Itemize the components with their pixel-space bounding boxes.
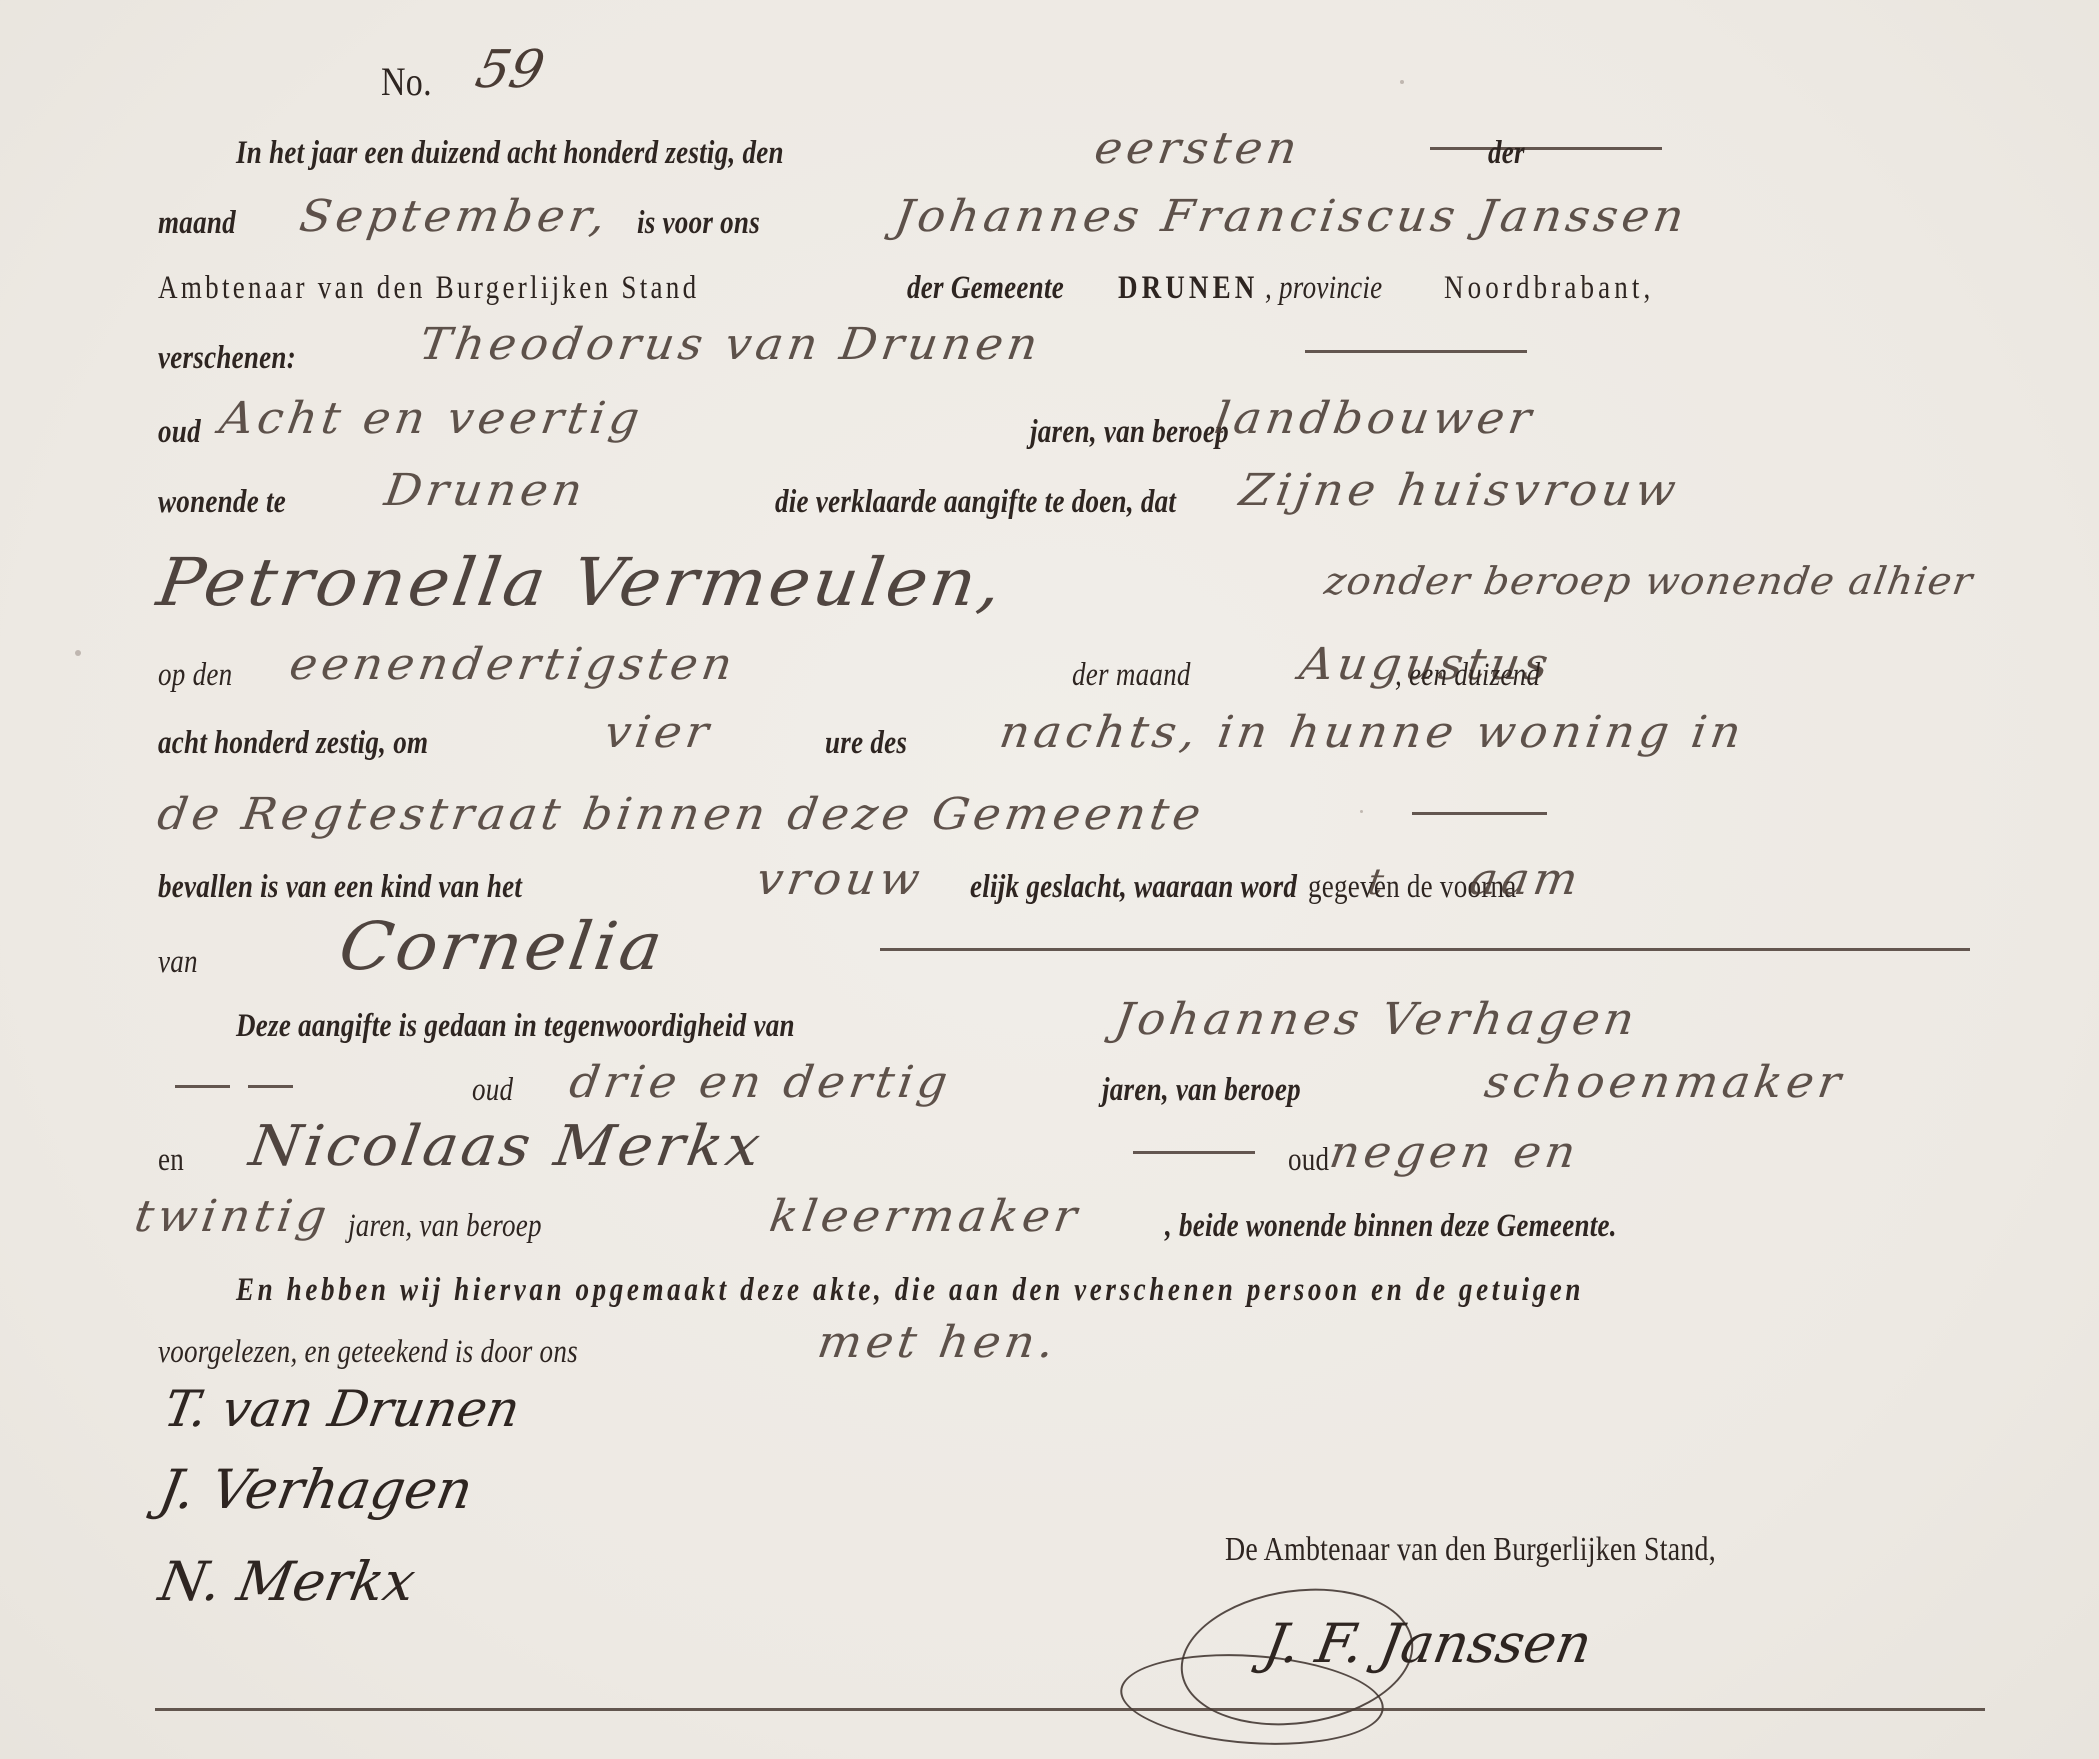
printed-text: en (158, 1140, 184, 1180)
handwritten-closing: met hen. (814, 1318, 1061, 1368)
handwritten-occupation-witness1: schoenmaker (1481, 1058, 1848, 1108)
fill-rule (880, 948, 1970, 951)
printed-text: voorgelezen, en geteekend is door ons (158, 1332, 578, 1372)
fill-rule (1133, 1151, 1255, 1154)
birth-record-page: No. 59 In het jaar een duizend acht hond… (0, 0, 2099, 1759)
printed-text: is voor ons (637, 203, 760, 243)
handwritten-aam: aam (1466, 855, 1585, 905)
bottom-rule (155, 1708, 1985, 1711)
handwritten-official-name: Johannes Franciscus Janssen (891, 192, 1691, 242)
printed-text: Deze aangifte is gedaan in tegenwoordigh… (236, 1006, 795, 1046)
handwritten-age-witness1: drie en dertig (566, 1058, 954, 1108)
printed-text: bevallen is van een kind van het (158, 867, 522, 907)
handwritten-occupation-witness2: kleermaker (766, 1192, 1084, 1242)
printed-text: van (158, 942, 198, 982)
printed-text: Ambtenaar van den Burgerlijken Stand (158, 268, 699, 308)
handwritten-witness1: Johannes Verhagen (1111, 995, 1641, 1045)
handwritten-declarant: Theodorus van Drunen (416, 320, 1045, 370)
printed-text: , een duizend (1395, 655, 1540, 695)
printed-text: die verklaarde aangifte te doen, dat (775, 482, 1176, 522)
handwritten-birth-day: eenendertigsten (286, 640, 739, 690)
signature-declarant: T. van Drunen (160, 1380, 524, 1438)
printed-text: wonende te (158, 482, 286, 522)
printed-text: acht honderd zestig, om (158, 723, 428, 763)
printed-text: maand (158, 203, 236, 243)
municipality-name: DRUNEN (1118, 268, 1258, 308)
handwritten-child-name: Cornelia (335, 912, 670, 982)
handwritten-sex: vrouw (753, 855, 927, 905)
printed-text: , provincie (1265, 268, 1382, 308)
printed-text: In het jaar een duizend acht honderd zes… (236, 133, 784, 173)
handwritten-relation: Zijne huisvrouw (1236, 466, 1683, 516)
handwritten-street: de Regtestraat binnen deze Gemeente (154, 790, 1208, 840)
printed-text: jaren, van beroep (348, 1206, 542, 1246)
printed-text: der (1488, 133, 1525, 173)
printed-text: oud (158, 412, 201, 452)
paper-speck (75, 650, 81, 656)
record-number: 59 (471, 40, 550, 100)
province-name: Noordbrabant, (1444, 268, 1654, 308)
handwritten-occupation: landbouwer (1211, 394, 1538, 444)
printed-text: oud (1288, 1140, 1329, 1180)
paper-speck (1360, 810, 1363, 813)
handwritten-mother-name: Petronella Vermeulen, (153, 548, 1009, 618)
fill-rule (1305, 350, 1527, 353)
record-number-label: No. (381, 62, 432, 102)
fill-rule (175, 1085, 230, 1088)
printed-text: En hebben wij hiervan opgemaakt deze akt… (236, 1270, 1584, 1310)
printed-text: , beide wonende binnen deze Gemeente. (1165, 1206, 1617, 1246)
handwritten-mother-detail: zonder beroep wonende alhier (1321, 556, 1976, 606)
handwritten-month: September, (296, 192, 612, 242)
signature-official: J. F. Janssen (1259, 1612, 1596, 1675)
printed-text: op den (158, 655, 232, 695)
printed-text: jaren, van beroep (1030, 412, 1229, 452)
fill-rule (248, 1085, 293, 1088)
signature-witness1: J. Verhagen (154, 1458, 477, 1521)
printed-text: elijk geslacht, waaraan word (970, 867, 1297, 907)
paper-speck (1400, 80, 1404, 84)
fill-rule (1430, 147, 1662, 150)
fill-rule (1412, 812, 1547, 815)
handwritten-time-place: nachts, in hunne woning in (996, 708, 1748, 758)
printed-text: der Gemeente (907, 268, 1064, 308)
handwritten-age: Acht en veertig (216, 394, 646, 444)
handwritten-day: eersten (1091, 124, 1304, 174)
printed-text: verschenen: (158, 338, 296, 378)
handwritten-witness2: Nicolaas Merkx (245, 1112, 768, 1182)
printed-text: jaren, van beroep (1102, 1070, 1301, 1110)
handwritten-age-witness2-b: twintig (131, 1192, 333, 1242)
printed-text: oud (472, 1070, 513, 1110)
printed-text: der maand (1072, 655, 1191, 695)
printed-text: ure des (825, 723, 907, 763)
signature-witness2: N. Merkx (154, 1550, 419, 1613)
handwritten-hour: vier (601, 708, 715, 758)
official-signature-label: De Ambtenaar van den Burgerlijken Stand, (1225, 1530, 1716, 1570)
handwritten-residence: Drunen (381, 466, 589, 516)
handwritten-age-witness2-a: negen en (1326, 1128, 1583, 1178)
